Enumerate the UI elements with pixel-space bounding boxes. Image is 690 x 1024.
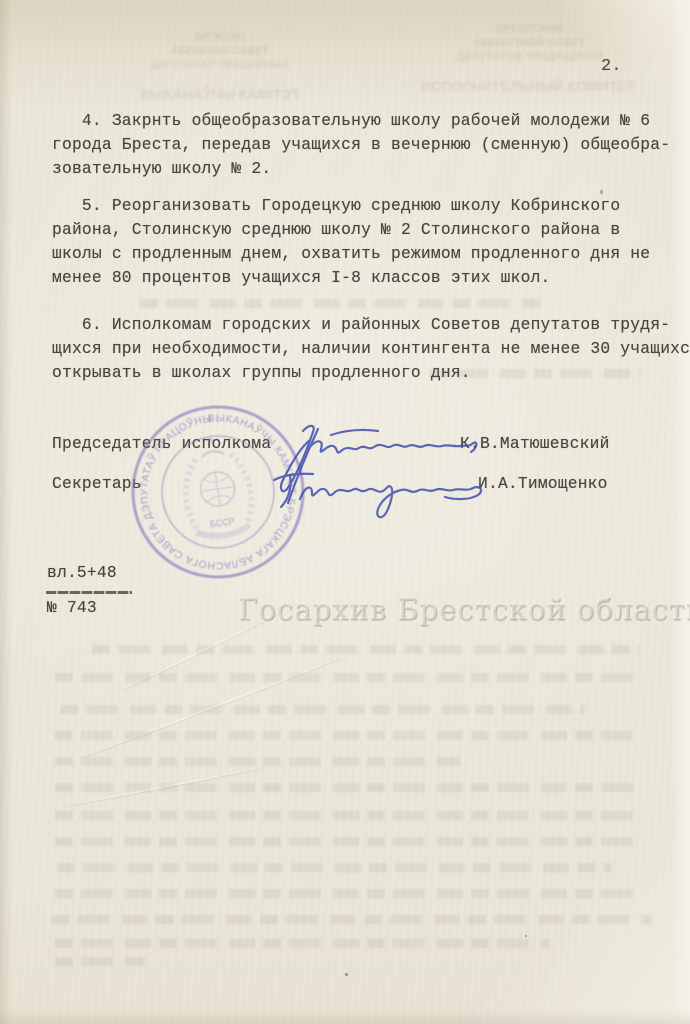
handwritten-signatures [0,0,690,1024]
scanned-document-page: БРЭСЦКІ АБЛАСНЫ САВЕТ ДЭПУТАТАЎ ПРАЦОЎНЫ… [0,0,690,1024]
signature-stroke-secretary [274,429,481,517]
signature-stroke-chairman [281,426,476,491]
